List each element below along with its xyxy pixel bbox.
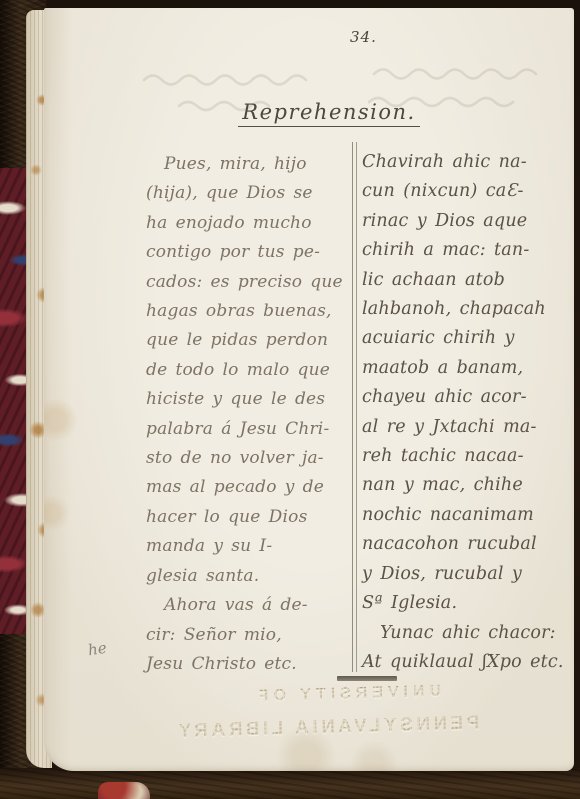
manuscript-line: chirih a mac: tan- [362, 236, 568, 265]
manuscript-line: contigo por tus pe- [146, 238, 350, 267]
manuscript-line: lic achaan atob [362, 266, 568, 295]
manuscript-line: lahbanoh, chapacah [362, 295, 568, 324]
manuscript-line: sto de no volver ja- [146, 444, 350, 473]
manuscript-line: hiciste y que le des [146, 385, 350, 414]
manuscript-line: que le pidas perdon [146, 326, 350, 355]
section-title: Reprehension. [204, 100, 454, 124]
manuscript-line: hagas obras buenas, [146, 297, 350, 326]
library-perforation-stamp: UNIVERSITY OF PENNSYLVANIA LIBRARY [159, 681, 494, 743]
manuscript-line: cir: Señor mio, [146, 621, 350, 650]
column-divider-rule [352, 142, 357, 672]
manuscript-line: chayeu ahic acor- [362, 383, 568, 412]
stamp-line-university-of: UNIVERSITY OF [247, 683, 447, 707]
stamp-line-pennsylvania-library: PENNSYLVANIA LIBRARY [160, 712, 494, 743]
manuscript-line: (hija), que Dios se [146, 179, 350, 208]
end-of-text-rule [337, 676, 397, 681]
manuscript-line: mas al pecado y de [146, 473, 350, 502]
book-photo: 34. Reprehension. Pues, mira, hijo (hija… [0, 0, 580, 799]
manuscript-line: At quiklaual ʃXpo etc. [362, 648, 568, 677]
manuscript-line: Pues, mira, hijo [146, 150, 350, 179]
manuscript-line: nan y mac, chihe [362, 471, 568, 500]
pencil-margin-note: he [87, 639, 108, 660]
manuscript-line: de todo lo malo que [146, 356, 350, 385]
book-cover-bottom [0, 768, 580, 799]
manuscript-line: maatob a banam, [362, 354, 568, 383]
manuscript-line: nacacohon rucubal [362, 530, 568, 559]
right-column-qeqchi-text: Chavirah ahic na- cun (nixcun) caƐ- rina… [362, 148, 568, 677]
manuscript-line: cun (nixcun) caƐ- [362, 177, 568, 206]
page-number: 34. [350, 28, 410, 46]
left-column-spanish-text: Pues, mira, hijo (hija), que Dios se ha … [146, 150, 350, 679]
manuscript-line: hacer lo que Dios [146, 503, 350, 532]
manuscript-line: cados: es preciso que [146, 268, 350, 297]
manuscript-line: Jesu Christo etc. [146, 650, 350, 679]
manuscript-line: reh tachic nacaa- [362, 442, 568, 471]
marbled-endpaper-corner [98, 782, 150, 799]
manuscript-line: Yunac ahic chacor: [362, 619, 568, 648]
manuscript-line: al re y Jxtachi ma- [362, 413, 568, 442]
manuscript-line: Sª Iglesia. [362, 589, 568, 618]
manuscript-line: nochic nacanimam [362, 501, 568, 530]
manuscript-line: rinac y Dios aque [362, 207, 568, 236]
manuscript-line: Ahora vas á de- [146, 591, 350, 620]
manuscript-line: manda y su I- [146, 532, 350, 561]
manuscript-line: Chavirah ahic na- [362, 148, 568, 177]
manuscript-page: 34. Reprehension. Pues, mira, hijo (hija… [44, 8, 574, 771]
manuscript-line: glesia santa. [146, 562, 350, 591]
manuscript-line: y Dios, rucubal y [362, 560, 568, 589]
manuscript-line: palabra á Jesu Chri- [146, 415, 350, 444]
manuscript-line: acuiaric chirih y [362, 324, 568, 353]
manuscript-line: ha enojado mucho [146, 209, 350, 238]
